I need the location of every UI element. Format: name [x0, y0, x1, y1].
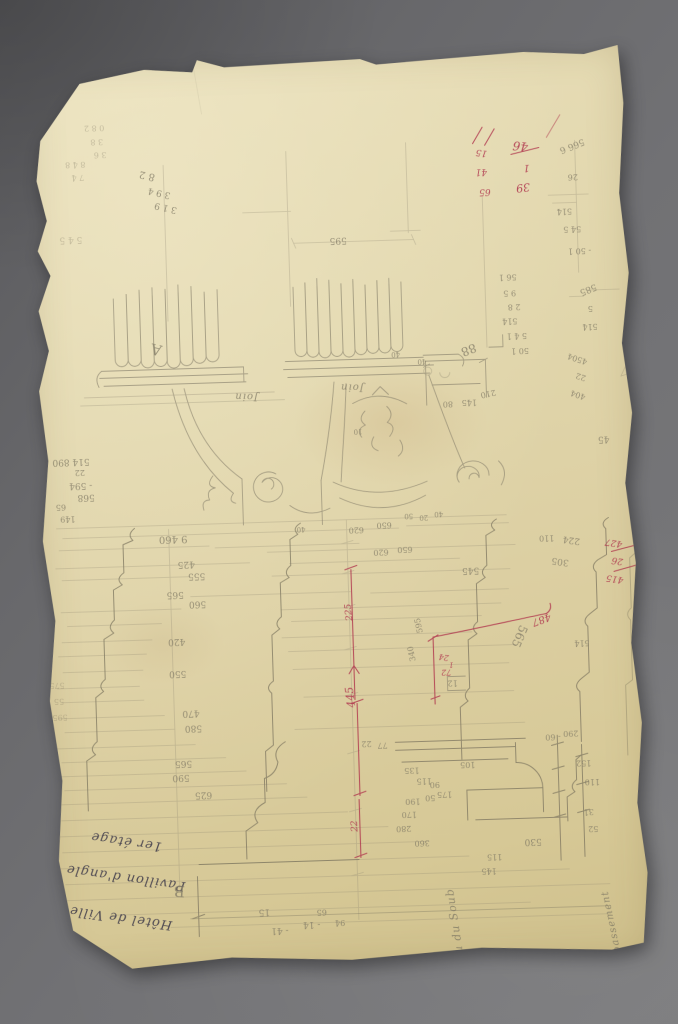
pencil-figure: 530: [524, 836, 541, 846]
pencil-figure: 555: [188, 570, 205, 580]
pencil-figure: 22: [575, 371, 587, 382]
pencil-figure: 280: [396, 824, 412, 832]
red-ink-figure: 24: [438, 652, 449, 661]
pencil-figure: - 50 1: [568, 246, 591, 255]
pencil-figure: 110: [585, 777, 601, 785]
pencil-figure: 580: [185, 722, 202, 732]
pencil-figure: 620: [373, 547, 389, 555]
pencil-figure: 105: [460, 760, 476, 768]
pencil-figure: 31: [583, 807, 593, 815]
red-ink-figure: 46: [512, 139, 528, 152]
pencil-figure: 650: [376, 520, 392, 528]
pencil-figure: 50: [425, 793, 435, 801]
pencil-figure: 56 1: [499, 272, 517, 281]
pencil-figure: 77: [377, 741, 387, 749]
red-ink-figure: 427: [605, 536, 623, 547]
red-ink-figure: 445: [344, 686, 357, 708]
pencil-figure: 470: [182, 707, 199, 717]
ink-inscription: Pavillon d'angle: [65, 862, 186, 892]
pencil-figure: 145: [481, 866, 497, 874]
pencil-figure: 585: [578, 281, 597, 296]
pencil-figure: 565: [166, 589, 183, 599]
pencil-figure: B: [173, 883, 185, 899]
handwritten-annotations-layer: 461391541652254452248724172427264151er é…: [24, 43, 652, 976]
pencil-figure: 55: [54, 697, 64, 705]
pencil-figure: 2 8: [508, 302, 521, 310]
pencil-figure: 224: [562, 533, 580, 544]
pencil-figure: 566 6: [558, 136, 585, 154]
pencil-figure: 565: [510, 623, 530, 649]
pencil-figure: 54 5: [563, 224, 581, 233]
pencil-figure: 340: [407, 645, 418, 662]
pencil-figure: 8 2: [138, 168, 156, 181]
red-ink-figure: 15: [475, 147, 488, 158]
pencil-figure: 360: [414, 838, 430, 846]
pencil-figure: 15: [258, 906, 270, 915]
pencil-figure: 22: [75, 468, 85, 476]
pencil-figure: 514: [582, 322, 598, 330]
red-ink-figure: 22: [351, 820, 361, 832]
red-ink-figure: 65: [479, 186, 491, 195]
pencil-figure: 52: [588, 824, 598, 832]
pencil-figure: 560: [189, 598, 206, 608]
pencil-figure: 22: [361, 739, 371, 747]
pencil-figure: 115: [487, 852, 503, 860]
red-ink-figure: 415: [606, 572, 624, 583]
pencil-figure: 595: [414, 617, 425, 634]
pencil-handwriting: Join: [340, 381, 364, 391]
pencil-figure: 514: [502, 316, 518, 324]
pencil-figure: 545: [462, 565, 479, 575]
pencil-figure: 110: [539, 533, 555, 541]
pencil-figure: - 41: [271, 925, 289, 935]
pencil-handwriting: Soubassement: [601, 890, 628, 976]
pencil-figure: 175: [437, 790, 453, 798]
pencil-figure: 8 4 8: [65, 160, 86, 169]
ink-inscription: 1er étage: [90, 830, 163, 853]
pencil-figure: 210: [480, 388, 497, 399]
pencil-figure: - 594: [69, 480, 92, 490]
pencil-figure: 3 6: [94, 150, 107, 158]
pencil-figure: 26: [568, 172, 578, 180]
pencil-figure: 5 4 1: [506, 331, 527, 340]
pencil-figure: 565: [175, 758, 192, 768]
pencil-figure: 420: [168, 636, 185, 646]
pencil-figure: 65: [317, 908, 327, 916]
red-ink-figure: 39: [515, 181, 530, 194]
pencil-figure: 20: [419, 513, 428, 520]
pencil-figure: 88: [459, 341, 478, 358]
paper-wrapper: 461391541652254452248724172427264151er é…: [24, 43, 652, 976]
red-ink-figure: 72: [441, 668, 451, 676]
pencil-figure: 0 8 2: [84, 123, 105, 132]
pencil-figure: 5 4 5: [59, 234, 82, 244]
pencil-handwriting: Join: [234, 391, 258, 401]
red-ink-figure: 225: [344, 603, 355, 621]
pencil-figure: 65: [56, 503, 66, 511]
pencil-figure: 595: [52, 713, 68, 721]
pencil-figure: 40: [391, 350, 400, 357]
pencil-figure: 115: [416, 776, 432, 784]
pencil-handwriting: Nu du Soub: [444, 888, 467, 965]
pencil-figure: 94: [335, 918, 345, 926]
pencil-figure: 650: [397, 545, 413, 553]
pencil-figure: 514: [574, 638, 590, 646]
pencil-figure: 45: [598, 433, 610, 442]
pencil-figure: 550: [169, 668, 186, 678]
pencil-figure: 568: [77, 492, 94, 502]
pencil-figure: - 14: [303, 919, 321, 929]
pencil-figure: - 60: [545, 732, 561, 740]
pencil-figure: 305: [551, 555, 569, 566]
pencil-figure: 80: [443, 399, 453, 407]
pencil-figure: 514 890: [52, 456, 89, 466]
pencil-figure: 7 4: [71, 173, 84, 181]
pencil-figure: 10: [353, 427, 362, 434]
pencil-figure: 595: [329, 235, 346, 245]
pencil-figure: 9 460: [159, 533, 188, 544]
pencil-figure: 590: [172, 772, 189, 782]
pencil-figure: 3 8: [90, 137, 103, 145]
pencil-figure: 5: [588, 304, 593, 312]
pencil-figure: 9 5: [503, 288, 516, 296]
pencil-figure: 50 1: [511, 346, 529, 355]
pencil-figure: 404: [570, 388, 587, 400]
pencil-figure: 12: [447, 678, 457, 686]
pencil-figure: A: [149, 341, 163, 358]
red-ink-figure: 26: [611, 554, 624, 565]
pencil-figure: 152: [576, 758, 592, 766]
pencil-figure: 3 1 9: [154, 200, 178, 214]
pencil-figure: 50: [404, 512, 413, 519]
pencil-figure: 170: [401, 810, 417, 818]
pencil-figure: 4504: [567, 351, 589, 365]
pencil-figure: 3 9 4: [147, 185, 171, 199]
pencil-figure: 625: [195, 789, 212, 799]
red-ink-figure: 1: [523, 162, 530, 172]
pencil-figure: 514: [557, 207, 573, 215]
pencil-figure: 190: [405, 797, 421, 805]
pencil-figure: 290: [563, 729, 579, 737]
photo-backdrop: 461391541652254452248724172427264151er é…: [0, 0, 678, 1024]
pencil-figure: 40: [296, 525, 305, 532]
pencil-figure: 135: [404, 766, 420, 774]
pencil-figure: 149: [60, 514, 76, 522]
pencil-figure: 425: [177, 559, 194, 569]
red-ink-figure: 41: [475, 166, 487, 175]
pencil-figure: 40: [417, 357, 426, 364]
sketch-paper: 461391541652254452248724172427264151er é…: [24, 43, 652, 976]
pencil-figure: 145: [462, 398, 478, 406]
pencil-figure: 40: [434, 510, 443, 517]
red-ink-figure: 487: [530, 611, 551, 627]
ink-inscription: Hôtel de Ville: [68, 904, 173, 932]
pencil-figure: 575: [49, 681, 65, 689]
pencil-figure: 620: [349, 525, 365, 533]
